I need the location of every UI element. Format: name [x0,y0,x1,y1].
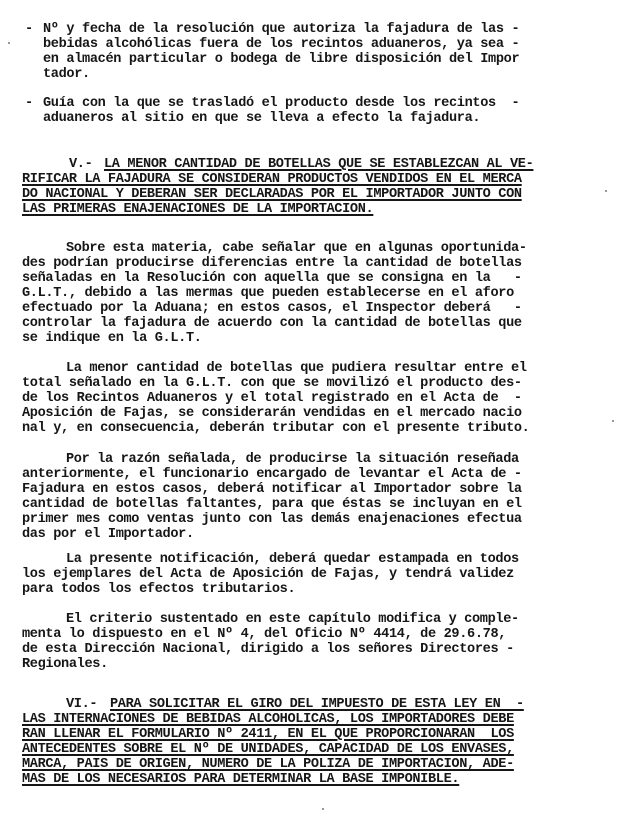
text-line: de esta Dirección Nacional, dirigido a l… [22,642,514,657]
text-line: cantidad de botellas faltantes, para que… [22,497,522,512]
text-line: Fajadura en estos casos, deberá notifica… [22,482,522,497]
section-heading-line: LAS INTERNACIONES DE BEBIDAS ALCOHOLICAS… [22,712,514,727]
text-line: en almacén particular o bodega de libre … [43,52,519,67]
text-line: La presente notificación, deberá quedar … [66,552,519,567]
scan-speck [322,808,324,810]
section-heading-line: MAS DE LOS NECESARIOS PARA DETERMINAR LA… [22,772,459,787]
text-line: controlar la fajadura de acuerdo con la … [22,316,522,331]
section-heading-line: LAS PRIMERAS ENAJENACIONES DE LA IMPORTA… [22,202,373,217]
text-line: para todos los efectos tributarios. [22,582,295,597]
text-line: Aposición de Fajas, se considerarán vend… [22,406,522,421]
text-line: señaladas en la Resolución con aquella q… [22,271,522,286]
text-line: los ejemplares del Acta de Aposición de … [22,567,514,582]
scan-speck [8,42,10,44]
text-line: des podrían producirse diferencias entre… [22,256,522,271]
bullet-marker: - [25,22,33,37]
section-heading-line: ANTECEDENTES SOBRE EL Nº DE UNIDADES, CA… [22,742,514,757]
text-line: total señalado en la G.L.T. con que se m… [22,376,522,391]
text-line: G.L.T., debido a las mermas que pueden e… [22,286,514,301]
bullet-marker: - [25,96,33,111]
text-line: Por la razón señalada, de producirse la … [66,452,519,467]
text-line: nal y, en consecuencia, deberán tributar… [22,421,530,436]
text-line: Nº y fecha de la resolución que autoriza… [43,22,519,37]
section-heading-line: PARA SOLICITAR EL GIRO DEL IMPUESTO DE E… [110,697,524,712]
section-heading-line: DO NACIONAL Y DEBERAN SER DECLARADAS POR… [22,187,522,202]
text-line: das por el Importador. [22,527,194,542]
text-line: Regionales. [22,657,108,672]
text-line: El criterio sustentado en este capítulo … [66,612,519,627]
text-line: aduaneros al sitio en que se lleva a efe… [43,111,480,126]
text-line: de los Recintos Aduaneros y el total reg… [22,391,522,406]
text-line: primer mes como ventas junto con las dem… [22,512,522,527]
section-number: VI.- [66,697,97,712]
text-line: La menor cantidad de botellas que pudier… [66,361,527,376]
text-line: bebidas alcohólicas fuera de los recinto… [43,37,519,52]
text-line: efectuado por la Aduana; en estos casos,… [22,301,522,316]
section-heading-line: RAN LLENAR EL FORMULARIO Nº 2411, EN EL … [22,727,514,742]
scan-speck [605,190,607,192]
scan-speck [612,420,614,422]
section-heading-line: LA MENOR CANTIDAD DE BOTELLAS QUE SE EST… [104,157,533,172]
text-line: tador. [43,67,90,82]
section-heading-line: MARCA, PAIS DE ORIGEN, NUMERO DE LA POLI… [22,757,514,772]
text-line: anteriormente, el funcionario encargado … [22,467,522,482]
text-line: Sobre esta materia, cabe señalar que en … [66,241,527,256]
section-heading-line: RIFICAR LA FAJADURA SE CONSIDERAN PRODUC… [22,172,522,187]
text-line: Guía con la que se trasladó el producto … [43,96,519,111]
text-line: menta lo dispuesto en el Nº 4, del Ofici… [22,627,506,642]
document-page: - Nº y fecha de la resolución que autori… [0,0,630,820]
section-number: V.- [69,157,92,172]
text-line: se indique en la G.L.T. [22,331,202,346]
